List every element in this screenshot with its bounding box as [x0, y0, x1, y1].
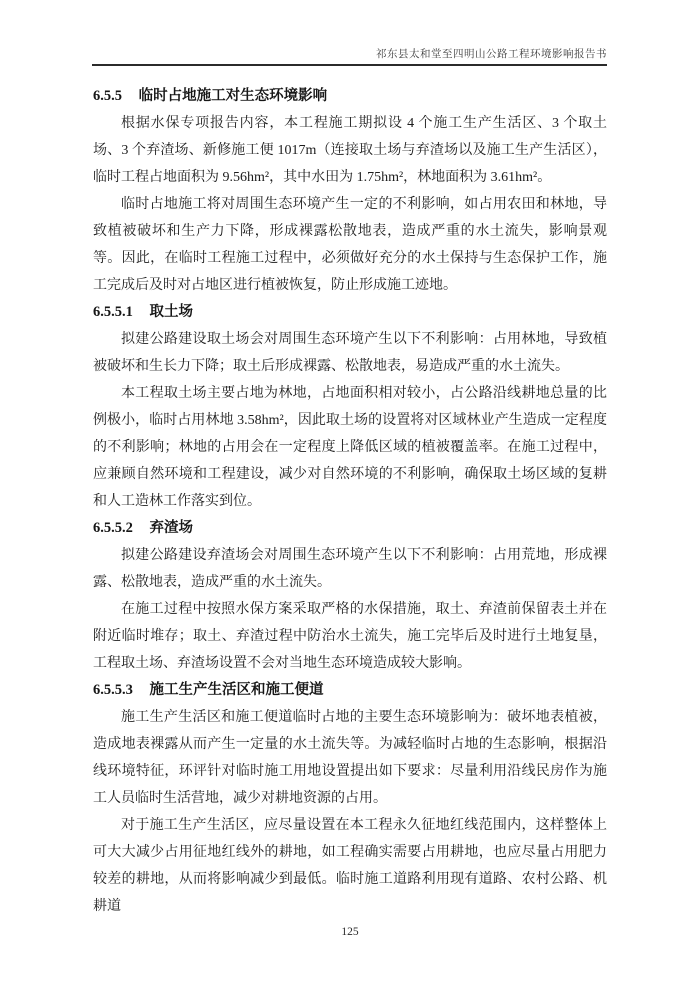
page-number: 125 [0, 926, 700, 938]
paragraph-borrow-area-2: 本工程取土场主要占地为林地，占地面积相对较小，占公路沿线耕地总量的比例极小，临时… [93, 380, 607, 515]
paragraph-camp-road-1: 施工生产生活区和施工便道临时占地的主要生态环境影响为：破坏地表植被，造成地表裸露… [93, 704, 607, 812]
paragraph-spoil-ground-1: 拟建公路建设弃渣场会对周围生态环境产生以下不利影响：占用荒地，形成裸露、松散地表… [93, 542, 607, 596]
section-number: 6.5.5.3 [93, 682, 133, 698]
paragraph-overview-1: 根据水保专项报告内容，本工程施工期拟设 4 个施工生产生活区、3 个取土场、3 … [93, 110, 607, 191]
paragraph-overview-2: 临时占地施工将对周围生态环境产生一定的不利影响，如占用农田和林地，导致植被破坏和… [93, 191, 607, 299]
section-title: 施工生产生活区和施工便道 [150, 682, 324, 698]
section-number: 6.5.5 [93, 88, 122, 104]
page-header-title: 祁东县太和堂至四明山公路工程环境影响报告书 [92, 46, 607, 61]
section-title: 弃渣场 [150, 520, 194, 536]
section-heading-6-5-5-2: 6.5.5.2 弃渣场 [93, 515, 607, 542]
section-title: 取土场 [150, 304, 194, 320]
section-heading-6-5-5-3: 6.5.5.3 施工生产生活区和施工便道 [93, 677, 607, 704]
paragraph-spoil-ground-2: 在施工过程中按照水保方案采取严格的水保措施，取土、弃渣前保留表土并在附近临时堆存… [93, 596, 607, 677]
section-title: 临时占地施工对生态环境影响 [139, 88, 328, 104]
document-content: 6.5.5 临时占地施工对生态环境影响 根据水保专项报告内容，本工程施工期拟设 … [93, 83, 607, 920]
paragraph-borrow-area-1: 拟建公路建设取土场会对周围生态环境产生以下不利影响：占用林地，导致植被破坏和生长… [93, 326, 607, 380]
section-heading-6-5-5-1: 6.5.5.1 取土场 [93, 299, 607, 326]
paragraph-camp-road-2: 对于施工生产生活区，应尽量设置在本工程永久征地红线范围内，这样整体上可大大减少占… [93, 812, 607, 920]
header-rule [92, 64, 607, 66]
section-number: 6.5.5.2 [93, 520, 133, 536]
document-page: 祁东县太和堂至四明山公路工程环境影响报告书 6.5.5 临时占地施工对生态环境影… [0, 0, 700, 990]
section-heading-6-5-5: 6.5.5 临时占地施工对生态环境影响 [93, 83, 607, 110]
section-number: 6.5.5.1 [93, 304, 133, 320]
